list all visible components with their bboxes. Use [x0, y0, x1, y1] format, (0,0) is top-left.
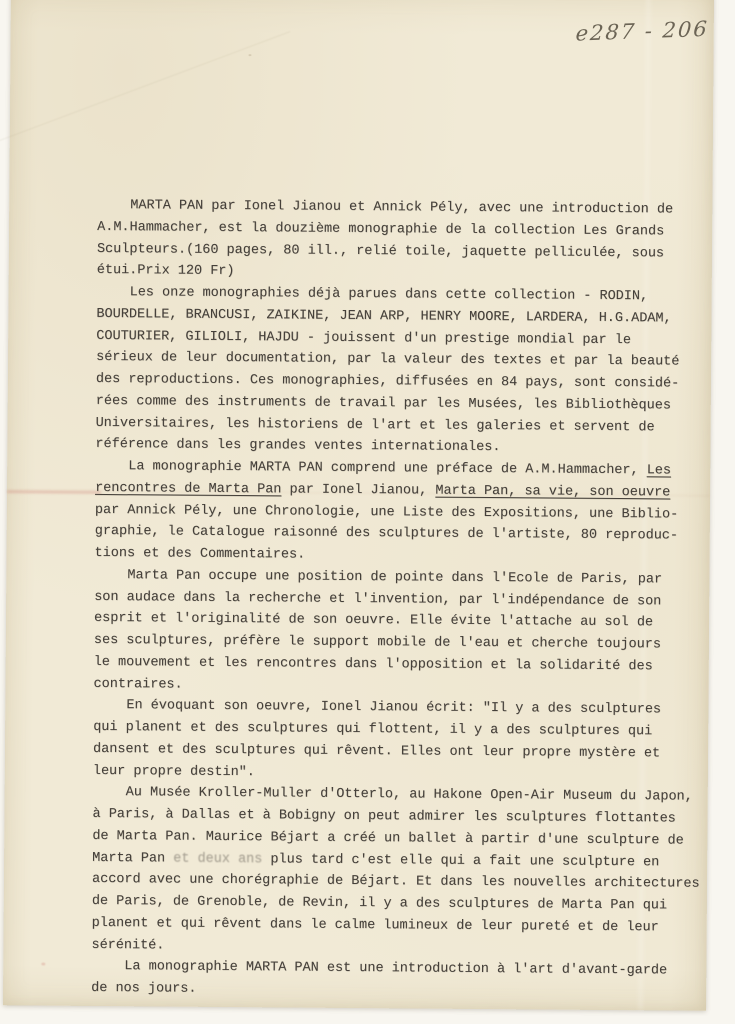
handwritten-code: e287 - 206	[575, 17, 710, 46]
text-segment: accord avec une chorégraphie de Béjart. …	[92, 872, 700, 892]
document-body: MARTA PAN par Ionel Jianou et Annick Pél…	[91, 195, 717, 1005]
crease-mark	[0, 31, 290, 144]
text-segment: de Marta Pan. Maurice Béjart a créé un b…	[92, 829, 684, 849]
text-segment: ses sculptures, préfère le support mobil…	[94, 633, 661, 652]
underlined-title-segment: Les	[647, 463, 671, 478]
text-segment: le mouvement et les rencontres dans l'op…	[94, 655, 653, 674]
text-segment: Marta Pan	[92, 850, 173, 866]
text-segment: sérénité.	[91, 937, 164, 953]
text-segment: Au Musée Kroller-Muller d'Otterlo, au Ha…	[126, 785, 693, 804]
text-segment: son audace dans la recherche et l'invent…	[94, 589, 661, 608]
text-segment: Universitaires, les historiens de l'art …	[96, 415, 655, 434]
text-segment: Les onze monographies déjà parues dans c…	[130, 285, 649, 304]
text-segment: COUTURIER, GILIOLI, HAJDU - jouissent d'…	[96, 328, 631, 347]
text-segment: par Ionel Jianou,	[281, 482, 435, 498]
text-segment: Sculpteurs.(160 pages, 80 ill., relié to…	[97, 241, 664, 260]
text-segment: leur propre destin".	[93, 763, 255, 779]
paper-speck	[248, 54, 251, 56]
text-segment: La monographie MARTA PAN comprend une pr…	[128, 459, 647, 478]
paper-sheet: e287 - 206 MARTA PAN par Ionel Jianou et…	[3, 0, 714, 1011]
text-segment: sérieux de leur documentation, par la va…	[96, 350, 679, 370]
underlined-title-segment: Marta Pan, sa vie, son oeuvre	[435, 483, 670, 500]
text-segment: de nos jours.	[91, 981, 196, 997]
text-segment: référence dans les grandes ventes intern…	[95, 437, 500, 455]
text-segment: esprit et l'originalité de son oeuvre. E…	[94, 611, 653, 630]
text-segment: graphie, le Catalogue raisonné des sculp…	[95, 524, 678, 544]
text-segment: tions et des Commentaires.	[95, 546, 306, 563]
text-segment: par Annick Pély, une Chronologie, une Li…	[95, 502, 678, 522]
text-segment: de Paris, de Grenoble, de Revin, il y a …	[92, 894, 667, 914]
text-segment: des reproductions. Ces monographies, dif…	[96, 372, 679, 392]
crease-pink-mark	[7, 490, 101, 494]
text-segment: et deux ans	[173, 851, 262, 867]
text-segment: Marta Pan occupe une position de pointe …	[127, 568, 662, 587]
scan-background: e287 - 206 MARTA PAN par Ionel Jianou et…	[0, 0, 735, 1024]
paper-speck	[41, 963, 45, 966]
text-segment: plus tard c'est elle qui a fait une scul…	[262, 852, 659, 870]
text-segment: BOURDELLE, BRANCUSI, ZAIKINE, JEAN ARP, …	[96, 307, 671, 327]
text-segment: qui planent et des sculptures qui flotte…	[93, 720, 652, 739]
text-segment: planent et qui rêvent dans le calme lumi…	[92, 916, 659, 935]
text-segment: En évoquant son oeuvre, Ionel Jianou écr…	[126, 698, 661, 717]
text-segment: La monographie MARTA PAN est une introdu…	[124, 959, 667, 978]
text-segment: dansent et des sculptures qui rêvent. El…	[93, 742, 660, 761]
text-segment: A.M.Hammacher, est la douzième monograph…	[97, 220, 664, 239]
underlined-title-segment: rencontres de Marta Pan	[95, 481, 281, 497]
text-segment: étui.Prix 120 Fr)	[97, 263, 235, 279]
text-segment: à Paris, à Dallas et à Bobigny on peut a…	[92, 807, 675, 827]
text-segment: contraires.	[93, 676, 182, 692]
text-segment: rées comme des instruments de travail pa…	[96, 394, 671, 414]
text-segment: MARTA PAN par Ionel Jianou et Annick Pél…	[130, 198, 673, 217]
